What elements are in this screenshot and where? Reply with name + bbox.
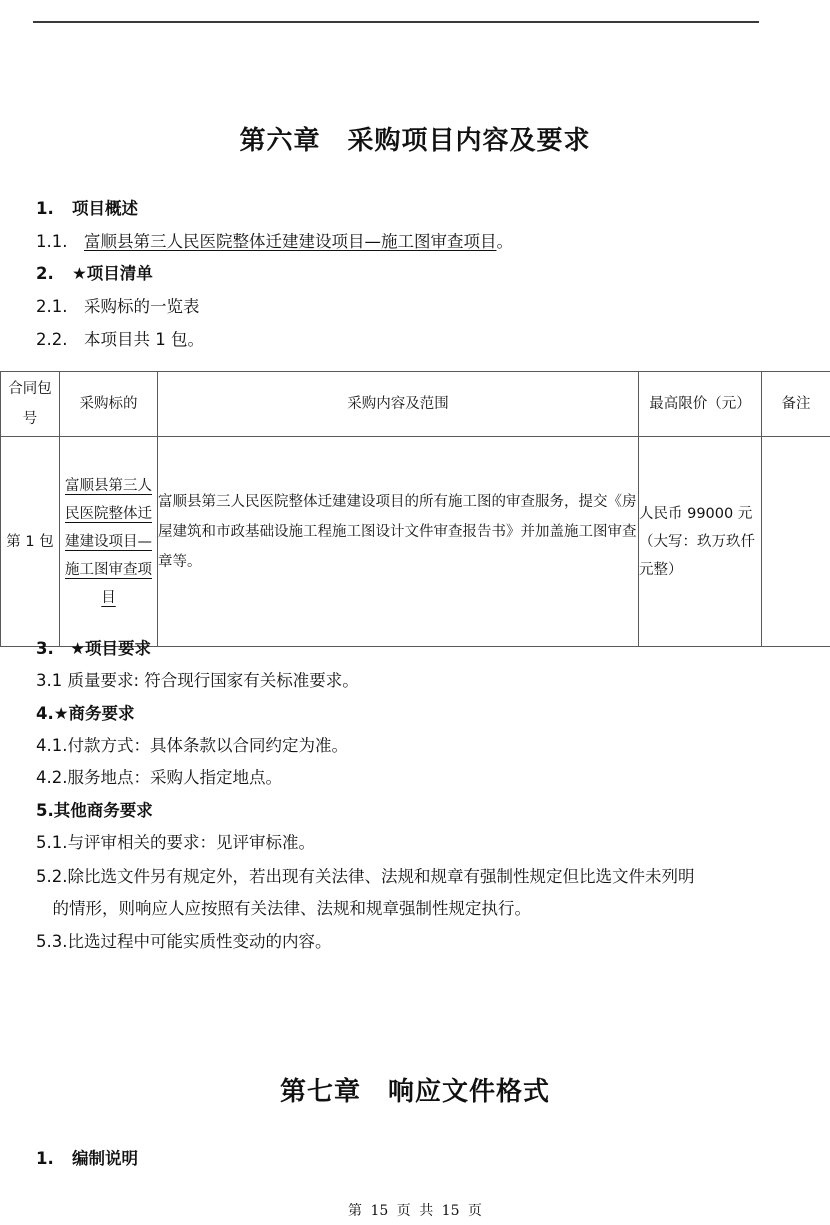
section-number: 1. — [36, 1148, 72, 1170]
section-number: 1. — [36, 198, 72, 220]
cell-remark — [762, 437, 830, 647]
section-text: 本项目共 1 包。 — [84, 330, 204, 349]
section-1-1: 1.1.富顺县第三人民医院整体迁建建设项目—施工图审查项目。 — [36, 231, 513, 253]
table-row: 第 1 包 富顺县第三人民医院整体迁建建设项目—施工图审查项目 富顺县第三人民医… — [1, 437, 830, 647]
section-1-heading: 1.项目概述 — [36, 198, 138, 220]
section-title: 编制说明 — [72, 1149, 138, 1168]
requirement-5-2-line2: 的情形，则响应人应按照有关法律、法规和规章强制性规定执行。 — [36, 898, 531, 920]
section-2-2: 2.2.本项目共 1 包。 — [36, 329, 204, 351]
header-scope: 采购内容及范围 — [158, 372, 639, 437]
cell-package: 第 1 包 — [1, 437, 60, 647]
section-text: 采购标的一览表 — [84, 297, 200, 316]
section-2-1: 2.1.采购标的一览表 — [36, 296, 200, 318]
requirement-5-1: 5.1.与评审相关的要求：见评审标准。 — [36, 832, 315, 854]
header-package-no: 合同包号 — [1, 372, 60, 437]
header-remark: 备注 — [762, 372, 830, 437]
section-title: ★项目清单 — [72, 264, 153, 283]
requirement-4-1: 4.1.付款方式：具体条款以合同约定为准。 — [36, 735, 348, 757]
chapter-6-title: 第六章 采购项目内容及要求 — [0, 120, 830, 157]
requirement-5-3: 5.3.比选过程中可能实质性变动的内容。 — [36, 931, 332, 953]
header-max-price: 最高限价（元） — [639, 372, 762, 437]
section-number: 1.1. — [36, 231, 84, 253]
subject-text: 富顺县第三人民医院整体迁建建设项目—施工图审查项目 — [65, 478, 152, 606]
project-name: 富顺县第三人民医院整体迁建建设项目—施工图审查项目 — [84, 232, 497, 251]
section-number: 2. — [36, 263, 72, 285]
section-5-heading: 5.其他商务要求 — [36, 800, 153, 822]
cell-subject: 富顺县第三人民医院整体迁建建设项目—施工图审查项目 — [60, 437, 158, 647]
punctuation: 。 — [497, 232, 514, 251]
section-number: 2.2. — [36, 329, 84, 351]
header-rule — [33, 21, 759, 23]
section-4-heading: 4.★商务要求 — [36, 703, 135, 725]
section-3-heading: 3. ★项目要求 — [36, 638, 151, 660]
requirement-3-1: 3.1 质量要求: 符合现行国家有关标准要求。 — [36, 670, 359, 692]
section-number: 2.1. — [36, 296, 84, 318]
section-2-heading: 2.★项目清单 — [36, 263, 153, 285]
cell-scope: 富顺县第三人民医院整体迁建建设项目的所有施工图的审查服务，提交《房屋建筑和市政基… — [158, 437, 639, 647]
section-title: 项目概述 — [72, 199, 138, 218]
requirement-5-2-line1: 5.2.除比选文件另有规定外，若出现有关法律、法规和规章有强制性规定但比选文件未… — [36, 866, 695, 888]
table-header-row: 合同包号 采购标的 采购内容及范围 最高限价（元） 备注 — [1, 372, 830, 437]
procurement-items-table: 合同包号 采购标的 采购内容及范围 最高限价（元） 备注 第 1 包 富顺县第三… — [0, 371, 830, 647]
cell-max-price: 人民币 99000 元（大写：玖万玖仟元整） — [639, 437, 762, 647]
chapter-7-section-1: 1.编制说明 — [36, 1148, 138, 1170]
header-subject: 采购标的 — [60, 372, 158, 437]
requirement-4-2: 4.2.服务地点：采购人指定地点。 — [36, 767, 282, 789]
chapter-7-title: 第七章 响应文件格式 — [0, 1071, 830, 1108]
page-footer: 第 15 页 共 15 页 — [0, 1200, 830, 1220]
